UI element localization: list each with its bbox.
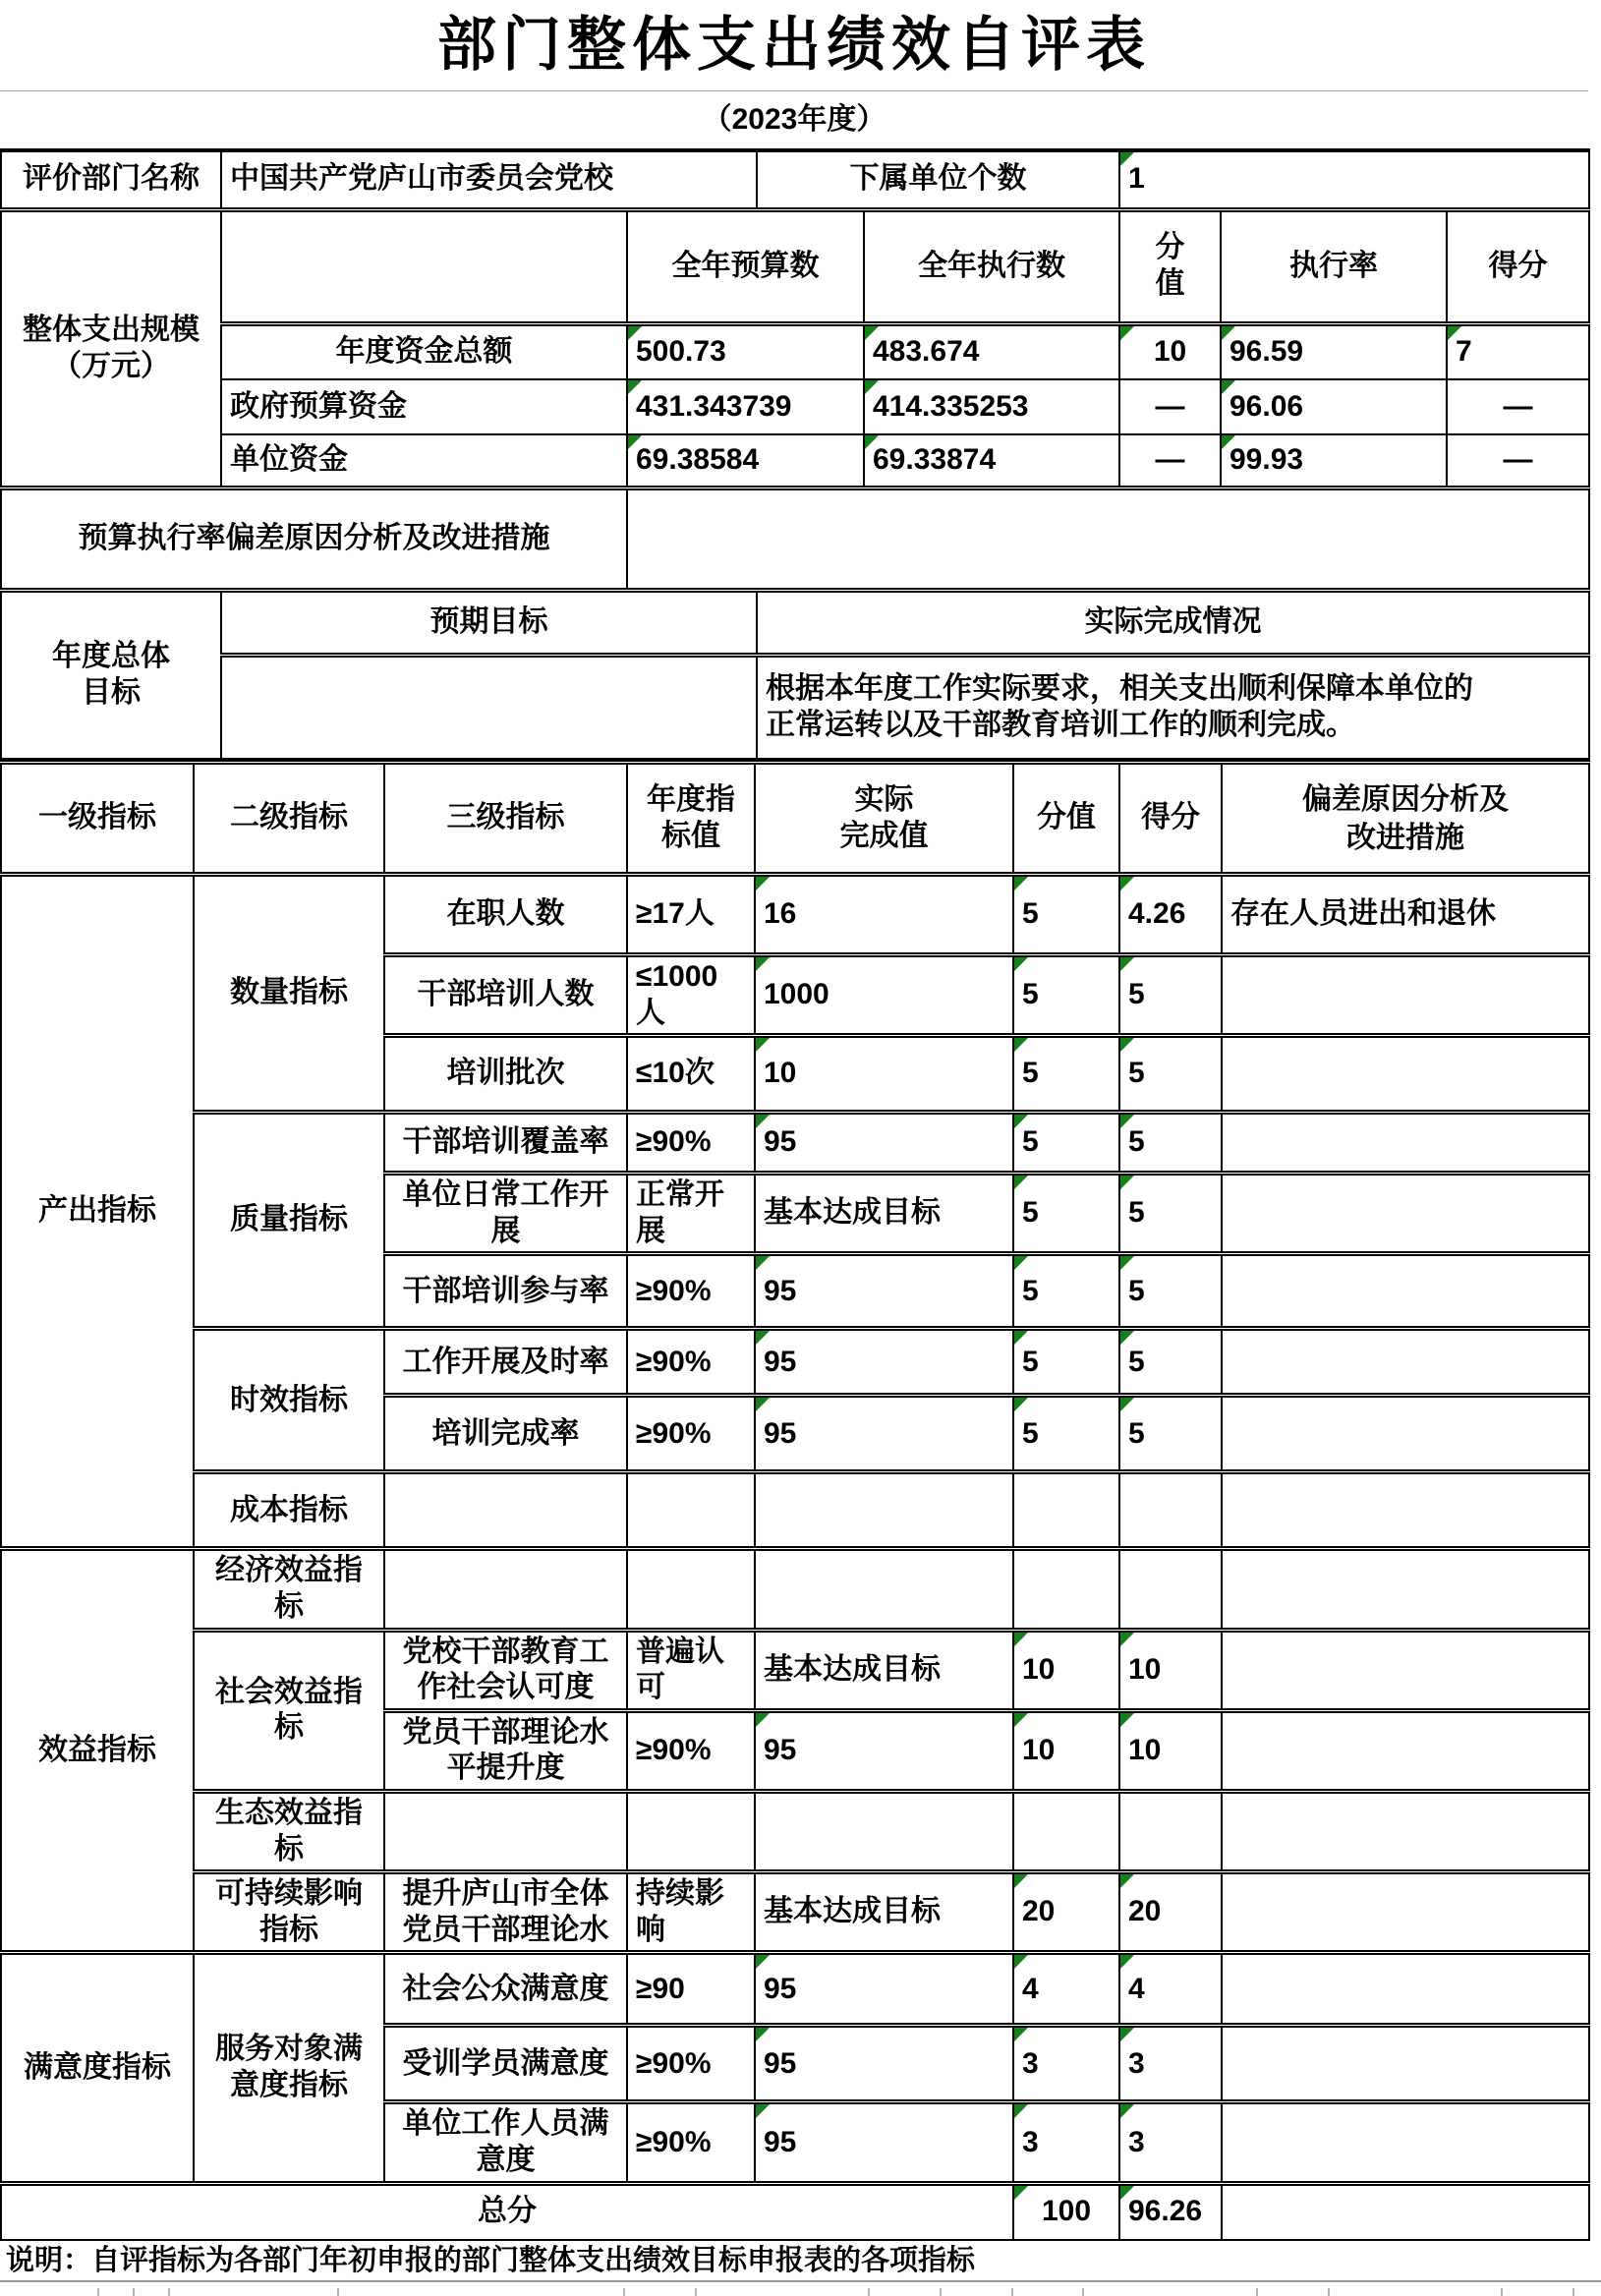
weight-cell[interactable]: 5 <box>1013 1396 1119 1472</box>
l3-cell[interactable]: 社会公众满意度 <box>384 1953 627 2026</box>
score-cell[interactable] <box>1119 1549 1222 1630</box>
target-cell[interactable] <box>627 1791 755 1871</box>
scale-score[interactable]: — <box>1447 379 1589 434</box>
indicator-row: 效益指标 经济效益指 标 <box>1 1549 1589 1630</box>
actual-cell[interactable]: 基本达成目标 <box>755 1174 1013 1254</box>
target-cell[interactable] <box>627 1472 755 1549</box>
stored-as-text-flag-icon <box>1014 2104 1028 2118</box>
score-cell[interactable]: 5 <box>1119 1254 1222 1329</box>
scale-header-rate[interactable]: 执行率 <box>1221 209 1447 323</box>
indicator-row: 生态效益指 标 <box>1 1791 1589 1871</box>
scale-score[interactable]: — <box>1447 434 1589 488</box>
total-weight[interactable]: 100 <box>1013 2183 1119 2240</box>
stored-as-text-flag-icon <box>1014 2028 1028 2041</box>
deviation-cell[interactable] <box>1222 1791 1589 1871</box>
goal-row-label[interactable]: 年度总体 目标 <box>1 590 221 759</box>
stored-as-text-flag-icon <box>1014 2186 1028 2200</box>
deviation-cell[interactable] <box>1222 2102 1589 2183</box>
l3-cell[interactable]: 在职人数 <box>384 875 627 955</box>
deviation-analysis-value[interactable] <box>627 488 1589 590</box>
score-cell[interactable]: 3 <box>1119 2026 1222 2102</box>
target-cell[interactable]: 持续影 响 <box>627 1872 755 1953</box>
score-cell[interactable]: 20 <box>1119 1872 1222 1953</box>
weight-cell[interactable]: 5 <box>1013 1174 1119 1254</box>
l3-cell[interactable]: 干部培训人数 <box>384 955 627 1036</box>
stored-as-text-flag-icon <box>756 1398 770 1411</box>
deviation-cell[interactable] <box>1222 1953 1589 2026</box>
scale-name[interactable]: 单位资金 <box>221 434 627 488</box>
stored-as-text-flag-icon <box>1014 1874 1028 1888</box>
l3-cell[interactable]: 培训批次 <box>384 1036 627 1113</box>
target-cell[interactable]: 普遍认 可 <box>627 1630 755 1710</box>
spreadsheet: 部门整体支出绩效自评表 （2023年度） 评价部门名称 中国共产党庐山市委员会党… <box>0 0 1601 2296</box>
scale-name[interactable]: 政府预算资金 <box>221 379 627 434</box>
scale-weight[interactable]: — <box>1119 434 1221 488</box>
l3-cell[interactable]: 党员干部理论水 平提升度 <box>384 1710 627 1791</box>
stored-as-text-flag-icon <box>756 957 770 971</box>
l2-cell[interactable]: 数量指标 <box>194 875 384 1113</box>
stored-as-text-flag-icon <box>1120 1713 1134 1727</box>
stored-as-text-flag-icon <box>756 2028 770 2041</box>
score-cell[interactable] <box>1119 1472 1222 1549</box>
l2-cell[interactable]: 经济效益指 标 <box>194 1549 384 1630</box>
deviation-cell[interactable]: 存在人员进出和退休 <box>1222 875 1589 955</box>
stored-as-text-flag-icon <box>1014 957 1028 971</box>
stored-as-text-flag-icon <box>1222 326 1235 340</box>
scale-exec[interactable]: 69.33874 <box>864 434 1119 488</box>
score-cell[interactable]: 5 <box>1119 1329 1222 1396</box>
score-cell[interactable]: 5 <box>1119 1174 1222 1254</box>
sub-units-label[interactable]: 下属单位个数 <box>757 150 1119 209</box>
scale-weight[interactable]: 10 <box>1119 323 1221 379</box>
target-cell[interactable]: ≥90% <box>627 2026 755 2102</box>
actual-cell[interactable]: 95 <box>755 1329 1013 1396</box>
l3-cell[interactable] <box>384 1791 627 1871</box>
weight-cell[interactable]: 5 <box>1013 1329 1119 1396</box>
header-score[interactable]: 得分 <box>1119 763 1222 875</box>
weight-cell[interactable]: 3 <box>1013 2026 1119 2102</box>
header-l3[interactable]: 三级指标 <box>384 763 627 875</box>
scale-header-budget[interactable]: 全年预算数 <box>627 209 864 323</box>
stored-as-text-flag-icon <box>628 326 642 340</box>
scale-header-score[interactable]: 得分 <box>1447 209 1589 323</box>
score-cell[interactable]: 5 <box>1119 955 1222 1036</box>
stored-as-text-flag-icon <box>865 380 879 394</box>
dept-name-label[interactable]: 评价部门名称 <box>1 150 221 209</box>
total-score[interactable]: 96.26 <box>1119 2183 1222 2240</box>
scale-row-label[interactable]: 整体支出规模 （万元） <box>1 209 221 488</box>
stored-as-text-flag-icon <box>1014 1331 1028 1345</box>
stored-as-text-flag-icon <box>1014 1115 1028 1128</box>
score-cell[interactable]: 3 <box>1119 2102 1222 2183</box>
l3-cell[interactable]: 单位工作人员满 意度 <box>384 2102 627 2183</box>
l3-cell[interactable]: 工作开展及时率 <box>384 1329 627 1396</box>
indicator-row: 产出指标 数量指标 在职人数 ≥17人 16 5 4.26 存在人员进出和退休 <box>1 875 1589 955</box>
scale-name[interactable]: 年度资金总额 <box>221 323 627 379</box>
target-cell[interactable]: ≤10次 <box>627 1036 755 1113</box>
scale-rate[interactable]: 96.06 <box>1221 379 1447 434</box>
sub-units-value[interactable]: 1 <box>1119 150 1589 209</box>
deviation-cell[interactable] <box>1222 2026 1589 2102</box>
target-cell[interactable]: 正常开 展 <box>627 1174 755 1254</box>
stored-as-text-flag-icon <box>865 326 879 340</box>
deviation-cell[interactable] <box>1222 1549 1589 1630</box>
stored-as-text-flag-icon <box>1014 1256 1028 1270</box>
actual-cell[interactable]: 10 <box>755 1036 1013 1113</box>
l3-cell[interactable]: 受训学员满意度 <box>384 2026 627 2102</box>
stored-as-text-flag-icon <box>1120 1874 1134 1888</box>
score-cell[interactable]: 5 <box>1119 1396 1222 1472</box>
scale-header-blank[interactable] <box>221 209 627 323</box>
l2-cell[interactable]: 质量指标 <box>194 1113 384 1329</box>
deviation-cell[interactable] <box>1222 1710 1589 1791</box>
l3-cell[interactable]: 提升庐山市全体 党员干部理论水 <box>384 1872 627 1953</box>
stored-as-text-flag-icon <box>756 1038 770 1052</box>
target-cell[interactable]: ≥90% <box>627 1710 755 1791</box>
scale-exec[interactable]: 483.674 <box>864 323 1119 379</box>
l2-cell[interactable]: 服务对象满 意度指标 <box>194 1953 384 2183</box>
deviation-cell[interactable] <box>1222 1036 1589 1113</box>
goal-content-row: 根据本年度工作实际要求，相关支出顺利保障本单位的正常运转以及干部教育培训工作的顺… <box>1 655 1589 759</box>
header-actual[interactable]: 实际 完成值 <box>755 763 1013 875</box>
scale-budget[interactable]: 431.343739 <box>627 379 864 434</box>
stored-as-text-flag-icon <box>756 1331 770 1345</box>
header-weight[interactable]: 分值 <box>1013 763 1119 875</box>
sheet-gridline-strip <box>0 2280 1601 2296</box>
score-cell[interactable]: 5 <box>1119 1113 1222 1174</box>
goal-header-row: 年度总体 目标 预期目标 实际完成情况 <box>1 590 1589 655</box>
indicator-row: 社会效益指 标 党校干部教育工 作社会认可度 普遍认 可 基本达成目标 10 1… <box>1 1630 1589 1710</box>
header-l1[interactable]: 一级指标 <box>1 763 194 875</box>
score-cell[interactable] <box>1119 1791 1222 1871</box>
stored-as-text-flag-icon <box>756 1115 770 1128</box>
indicator-row: 满意度指标 服务对象满 意度指标 社会公众满意度 ≥90 95 4 4 <box>1 1953 1589 2026</box>
weight-cell[interactable]: 20 <box>1013 1872 1119 1953</box>
score-cell[interactable]: 10 <box>1119 1710 1222 1791</box>
stored-as-text-flag-icon <box>756 877 770 890</box>
weight-cell[interactable]: 3 <box>1013 2102 1119 2183</box>
stored-as-text-flag-icon <box>1014 877 1028 890</box>
score-cell[interactable]: 4 <box>1119 1953 1222 2026</box>
target-cell[interactable]: ≥17人 <box>627 875 755 955</box>
stored-as-text-flag-icon <box>1120 152 1134 166</box>
actual-cell[interactable]: 95 <box>755 1113 1013 1174</box>
stored-as-text-flag-icon <box>1120 1038 1134 1052</box>
target-cell[interactable]: ≥90% <box>627 2102 755 2183</box>
stored-as-text-flag-icon <box>628 435 642 449</box>
actual-cell[interactable]: 95 <box>755 1710 1013 1791</box>
stored-as-text-flag-icon <box>1120 1256 1134 1270</box>
stored-as-text-flag-icon <box>1222 435 1235 449</box>
stored-as-text-flag-icon <box>628 380 642 394</box>
target-cell[interactable]: ≥90 <box>627 1953 755 2026</box>
stored-as-text-flag-icon <box>1120 957 1134 971</box>
l3-cell[interactable]: 党校干部教育工 作社会认可度 <box>384 1630 627 1710</box>
actual-cell[interactable] <box>755 1791 1013 1871</box>
goal-actual-value[interactable]: 根据本年度工作实际要求，相关支出顺利保障本单位的正常运转以及干部教育培训工作的顺… <box>757 655 1589 759</box>
weight-cell[interactable]: 5 <box>1013 1036 1119 1113</box>
stored-as-text-flag-icon <box>1120 1176 1134 1189</box>
goal-actual-header[interactable]: 实际完成情况 <box>757 590 1589 655</box>
weight-cell[interactable]: 4 <box>1013 1953 1119 2026</box>
indicator-row: 质量指标 干部培训覆盖率 ≥90% 95 5 5 <box>1 1113 1589 1174</box>
indicator-row: 时效指标 工作开展及时率 ≥90% 95 5 5 <box>1 1329 1589 1396</box>
weight-cell[interactable] <box>1013 1472 1119 1549</box>
target-cell[interactable]: ≥90% <box>627 1396 755 1472</box>
actual-cell[interactable]: 16 <box>755 875 1013 955</box>
stored-as-text-flag-icon <box>1120 1115 1134 1128</box>
actual-cell[interactable]: 95 <box>755 1953 1013 2026</box>
l1-cell[interactable]: 效益指标 <box>1 1549 194 1953</box>
deviation-cell[interactable] <box>1222 1113 1589 1174</box>
scale-budget[interactable]: 500.73 <box>627 323 864 379</box>
weight-cell[interactable] <box>1013 1549 1119 1630</box>
scale-rate[interactable]: 99.93 <box>1221 434 1447 488</box>
deviation-cell[interactable] <box>1222 1472 1589 1549</box>
l3-cell[interactable]: 干部培训覆盖率 <box>384 1113 627 1174</box>
actual-cell[interactable]: 95 <box>755 2102 1013 2183</box>
stored-as-text-flag-icon <box>1448 326 1461 340</box>
stored-as-text-flag-icon <box>1120 877 1134 890</box>
actual-cell[interactable] <box>755 1549 1013 1630</box>
l2-cell[interactable]: 成本指标 <box>194 1472 384 1549</box>
actual-cell[interactable]: 95 <box>755 1396 1013 1472</box>
l2-cell[interactable]: 社会效益指 标 <box>194 1630 384 1791</box>
weight-cell[interactable]: 5 <box>1013 1113 1119 1174</box>
deviation-cell[interactable] <box>1222 1630 1589 1710</box>
weight-cell[interactable]: 5 <box>1013 875 1119 955</box>
deviation-cell[interactable] <box>1222 1174 1589 1254</box>
scale-row-gov: 政府预算资金 431.343739 414.335253 — 96.06 — <box>1 379 1589 434</box>
indicator-header-row: 一级指标 二级指标 三级指标 年度指 标值 实际 完成值 分值 得分 偏差原因分… <box>1 763 1589 875</box>
stored-as-text-flag-icon <box>1014 1176 1028 1189</box>
weight-cell[interactable] <box>1013 1791 1119 1871</box>
stored-as-text-flag-icon <box>756 1256 770 1270</box>
summary-table: 评价部门名称 中国共产党庐山市委员会党校 下属单位个数 1 整体支出规模 （万元… <box>0 148 1590 760</box>
l2-cell[interactable]: 时效指标 <box>194 1329 384 1472</box>
stored-as-text-flag-icon <box>1120 326 1134 340</box>
l3-cell[interactable]: 单位日常工作开 展 <box>384 1174 627 1254</box>
l3-cell[interactable]: 培训完成率 <box>384 1396 627 1472</box>
stored-as-text-flag-icon <box>1120 1398 1134 1411</box>
stored-as-text-flag-icon <box>1014 1955 1028 1969</box>
actual-cell[interactable]: 1000 <box>755 955 1013 1036</box>
scale-row-total: 年度资金总额 500.73 483.674 10 96.59 7 <box>1 323 1589 379</box>
deviation-cell[interactable] <box>1222 1872 1589 1953</box>
stored-as-text-flag-icon <box>756 1713 770 1727</box>
scale-header-weight[interactable]: 分 值 <box>1119 209 1221 323</box>
actual-cell[interactable]: 基本达成目标 <box>755 1630 1013 1710</box>
stored-as-text-flag-icon <box>1120 2028 1134 2041</box>
target-cell[interactable]: ≥90% <box>627 1329 755 1396</box>
stored-as-text-flag-icon <box>865 435 879 449</box>
score-cell[interactable]: 5 <box>1119 1036 1222 1113</box>
stored-as-text-flag-icon <box>1222 380 1235 394</box>
weight-cell[interactable]: 10 <box>1013 1710 1119 1791</box>
weight-cell[interactable]: 5 <box>1013 1254 1119 1329</box>
actual-cell[interactable]: 95 <box>755 1254 1013 1329</box>
total-blank[interactable] <box>1222 2183 1589 2240</box>
actual-cell[interactable]: 基本达成目标 <box>755 1872 1013 1953</box>
target-cell[interactable] <box>627 1549 755 1630</box>
weight-cell[interactable]: 5 <box>1013 955 1119 1036</box>
indicator-row: 可持续影响 指标 提升庐山市全体 党员干部理论水 持续影 响 基本达成目标 20… <box>1 1872 1589 1953</box>
l3-cell[interactable] <box>384 1472 627 1549</box>
deviation-cell[interactable] <box>1222 955 1589 1036</box>
score-cell[interactable]: 10 <box>1119 1630 1222 1710</box>
stored-as-text-flag-icon <box>1120 1331 1134 1345</box>
page-subtitle[interactable]: （2023年度） <box>0 91 1588 148</box>
scale-score[interactable]: 7 <box>1447 323 1589 379</box>
weight-cell[interactable]: 10 <box>1013 1630 1119 1710</box>
l2-cell[interactable]: 可持续影响 指标 <box>194 1872 384 1953</box>
target-cell[interactable]: ≤1000 人 <box>627 955 755 1036</box>
deviation-cell[interactable] <box>1222 1396 1589 1472</box>
scale-header-exec[interactable]: 全年执行数 <box>864 209 1119 323</box>
dept-name-value[interactable]: 中国共产党庐山市委员会党校 <box>221 150 757 209</box>
actual-cell[interactable]: 95 <box>755 2026 1013 2102</box>
stored-as-text-flag-icon <box>1120 2104 1134 2118</box>
stored-as-text-flag-icon <box>1014 1713 1028 1727</box>
stored-as-text-flag-icon <box>1120 1955 1134 1969</box>
l3-cell[interactable]: 干部培训参与率 <box>384 1254 627 1329</box>
l1-cell[interactable]: 满意度指标 <box>1 1953 194 2183</box>
scale-header-row: 整体支出规模 （万元） 全年预算数 全年执行数 分 值 执行率 得分 <box>1 209 1589 323</box>
target-cell[interactable]: ≥90% <box>627 1113 755 1174</box>
scale-weight[interactable]: — <box>1119 379 1221 434</box>
footnote[interactable]: 说明：自评指标为各部门年初申报的部门整体支出绩效目标申报表的各项指标 <box>0 2241 1594 2280</box>
l2-cell[interactable]: 生态效益指 标 <box>194 1791 384 1871</box>
goal-expected-header[interactable]: 预期目标 <box>221 590 757 655</box>
scale-exec[interactable]: 414.335253 <box>864 379 1119 434</box>
actual-cell[interactable] <box>755 1472 1013 1549</box>
header-target[interactable]: 年度指 标值 <box>627 763 755 875</box>
stored-as-text-flag-icon <box>1120 2186 1134 2200</box>
goal-expected-value[interactable] <box>221 655 757 759</box>
stored-as-text-flag-icon <box>756 1955 770 1969</box>
scale-budget[interactable]: 69.38584 <box>627 434 864 488</box>
indicator-table: 一级指标 二级指标 三级指标 年度指 标值 实际 完成值 分值 得分 偏差原因分… <box>0 760 1590 2241</box>
header-deviation[interactable]: 偏差原因分析及 改进措施 <box>1222 763 1589 875</box>
l1-cell[interactable]: 产出指标 <box>1 875 194 1549</box>
header-l2[interactable]: 二级指标 <box>194 763 384 875</box>
deviation-analysis-row: 预算执行率偏差原因分析及改进措施 <box>1 488 1589 590</box>
scale-rate[interactable]: 96.59 <box>1221 323 1447 379</box>
stored-as-text-flag-icon <box>1014 1398 1028 1411</box>
target-cell[interactable]: ≥90% <box>627 1254 755 1329</box>
stored-as-text-flag-icon <box>756 2104 770 2118</box>
dept-row: 评价部门名称 中国共产党庐山市委员会党校 下属单位个数 1 <box>1 150 1589 209</box>
l3-cell[interactable] <box>384 1549 627 1630</box>
score-cell[interactable]: 4.26 <box>1119 875 1222 955</box>
page-title[interactable]: 部门整体支出绩效自评表 <box>0 0 1588 91</box>
stored-as-text-flag-icon <box>1014 1038 1028 1052</box>
scale-row-unit: 单位资金 69.38584 69.33874 — 99.93 — <box>1 434 1589 488</box>
deviation-cell[interactable] <box>1222 1329 1589 1396</box>
deviation-cell[interactable] <box>1222 1254 1589 1329</box>
total-row: 总分 100 96.26 <box>1 2183 1589 2240</box>
deviation-analysis-label[interactable]: 预算执行率偏差原因分析及改进措施 <box>1 488 627 590</box>
stored-as-text-flag-icon <box>1014 1633 1028 1646</box>
total-label[interactable]: 总分 <box>1 2183 1013 2240</box>
indicator-row: 成本指标 <box>1 1472 1589 1549</box>
stored-as-text-flag-icon <box>1120 1633 1134 1646</box>
